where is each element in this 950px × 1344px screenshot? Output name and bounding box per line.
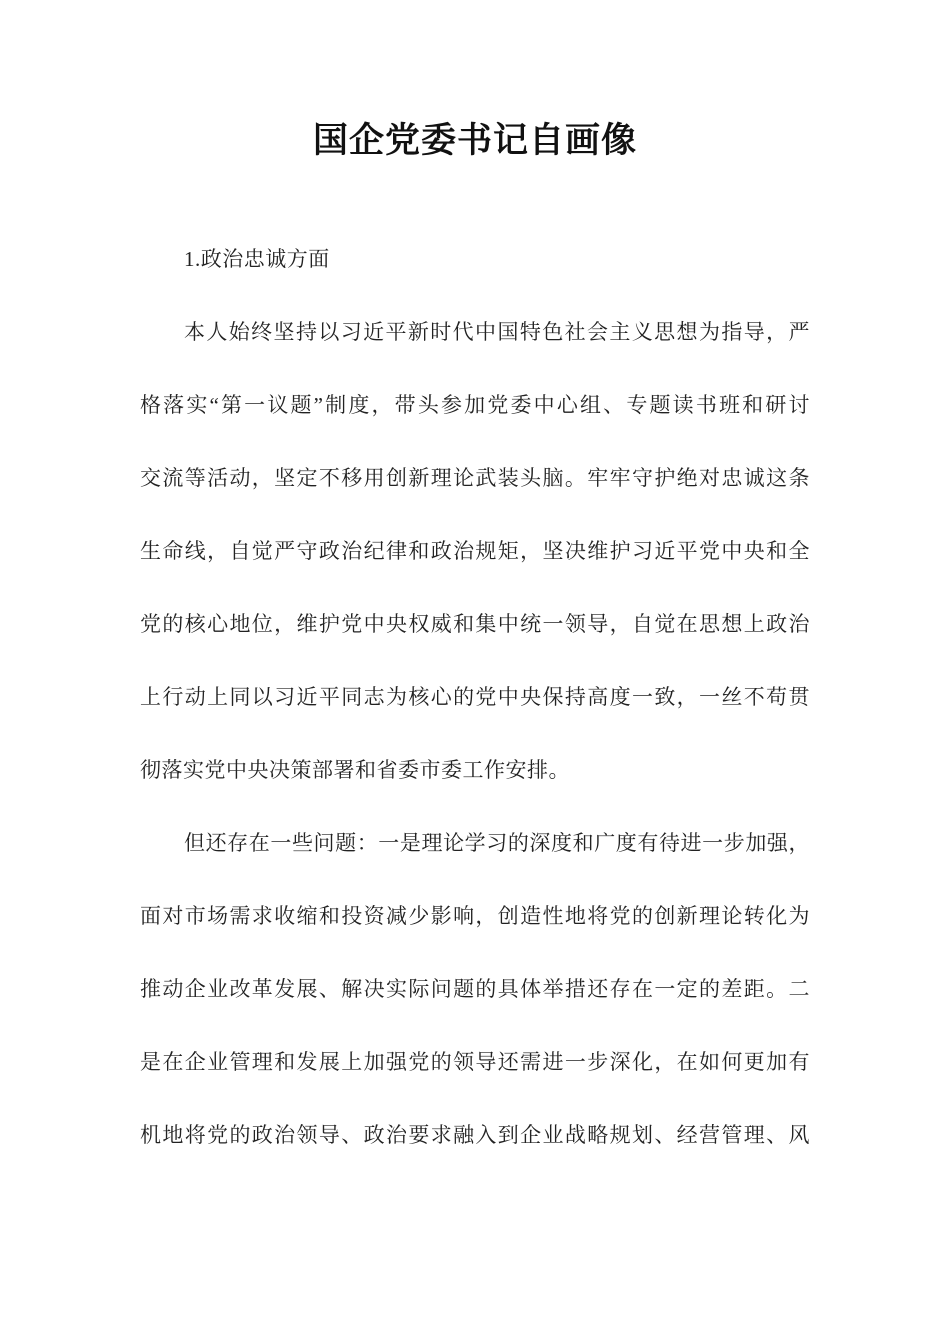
section-heading: 1.政治忠诚方面: [140, 223, 810, 296]
body-text-line: 面对市场需求收缩和投资减少影响，创造性地将党的创新理论转化为: [140, 880, 810, 953]
document-page: 国企党委书记自画像 1.政治忠诚方面 本人始终坚持以习近平新时代中国特色社会主义…: [0, 0, 950, 1344]
document-content: 国企党委书记自画像 1.政治忠诚方面 本人始终坚持以习近平新时代中国特色社会主义…: [0, 0, 950, 1172]
paragraph-2: 但还存在一些问题：一是理论学习的深度和广度有待进一步加强， 面对市场需求收缩和投…: [140, 807, 810, 1172]
body-text-line: 党的核心地位，维护党中央权威和集中统一领导，自觉在思想上政治: [140, 588, 810, 661]
body-text-line: 交流等活动，坚定不移用创新理论武装头脑。牢牢守护绝对忠诚这条: [140, 442, 810, 515]
paragraph-1: 本人始终坚持以习近平新时代中国特色社会主义思想为指导，严 格落实“第一议题”制度…: [140, 296, 810, 807]
body-text-line: 上行动上同以习近平同志为核心的党中央保持高度一致，一丝不苟贯: [140, 661, 810, 734]
body-text-line: 但还存在一些问题：一是理论学习的深度和广度有待进一步加强，: [140, 807, 810, 880]
body-text-line: 格落实“第一议题”制度，带头参加党委中心组、专题读书班和研讨: [140, 369, 810, 442]
body-text-line: 彻落实党中央决策部署和省委市委工作安排。: [140, 734, 810, 807]
body-text-line: 生命线，自觉严守政治纪律和政治规矩，坚决维护习近平党中央和全: [140, 515, 810, 588]
document-title: 国企党委书记自画像: [140, 119, 810, 163]
body-text-line: 是在企业管理和发展上加强党的领导还需进一步深化，在如何更加有: [140, 1026, 810, 1099]
body-text-line: 机地将党的政治领导、政治要求融入到企业战略规划、经营管理、风: [140, 1099, 810, 1172]
body-text-line: 本人始终坚持以习近平新时代中国特色社会主义思想为指导，严: [140, 296, 810, 369]
body-text-line: 推动企业改革发展、解决实际问题的具体举措还存在一定的差距。二: [140, 953, 810, 1026]
